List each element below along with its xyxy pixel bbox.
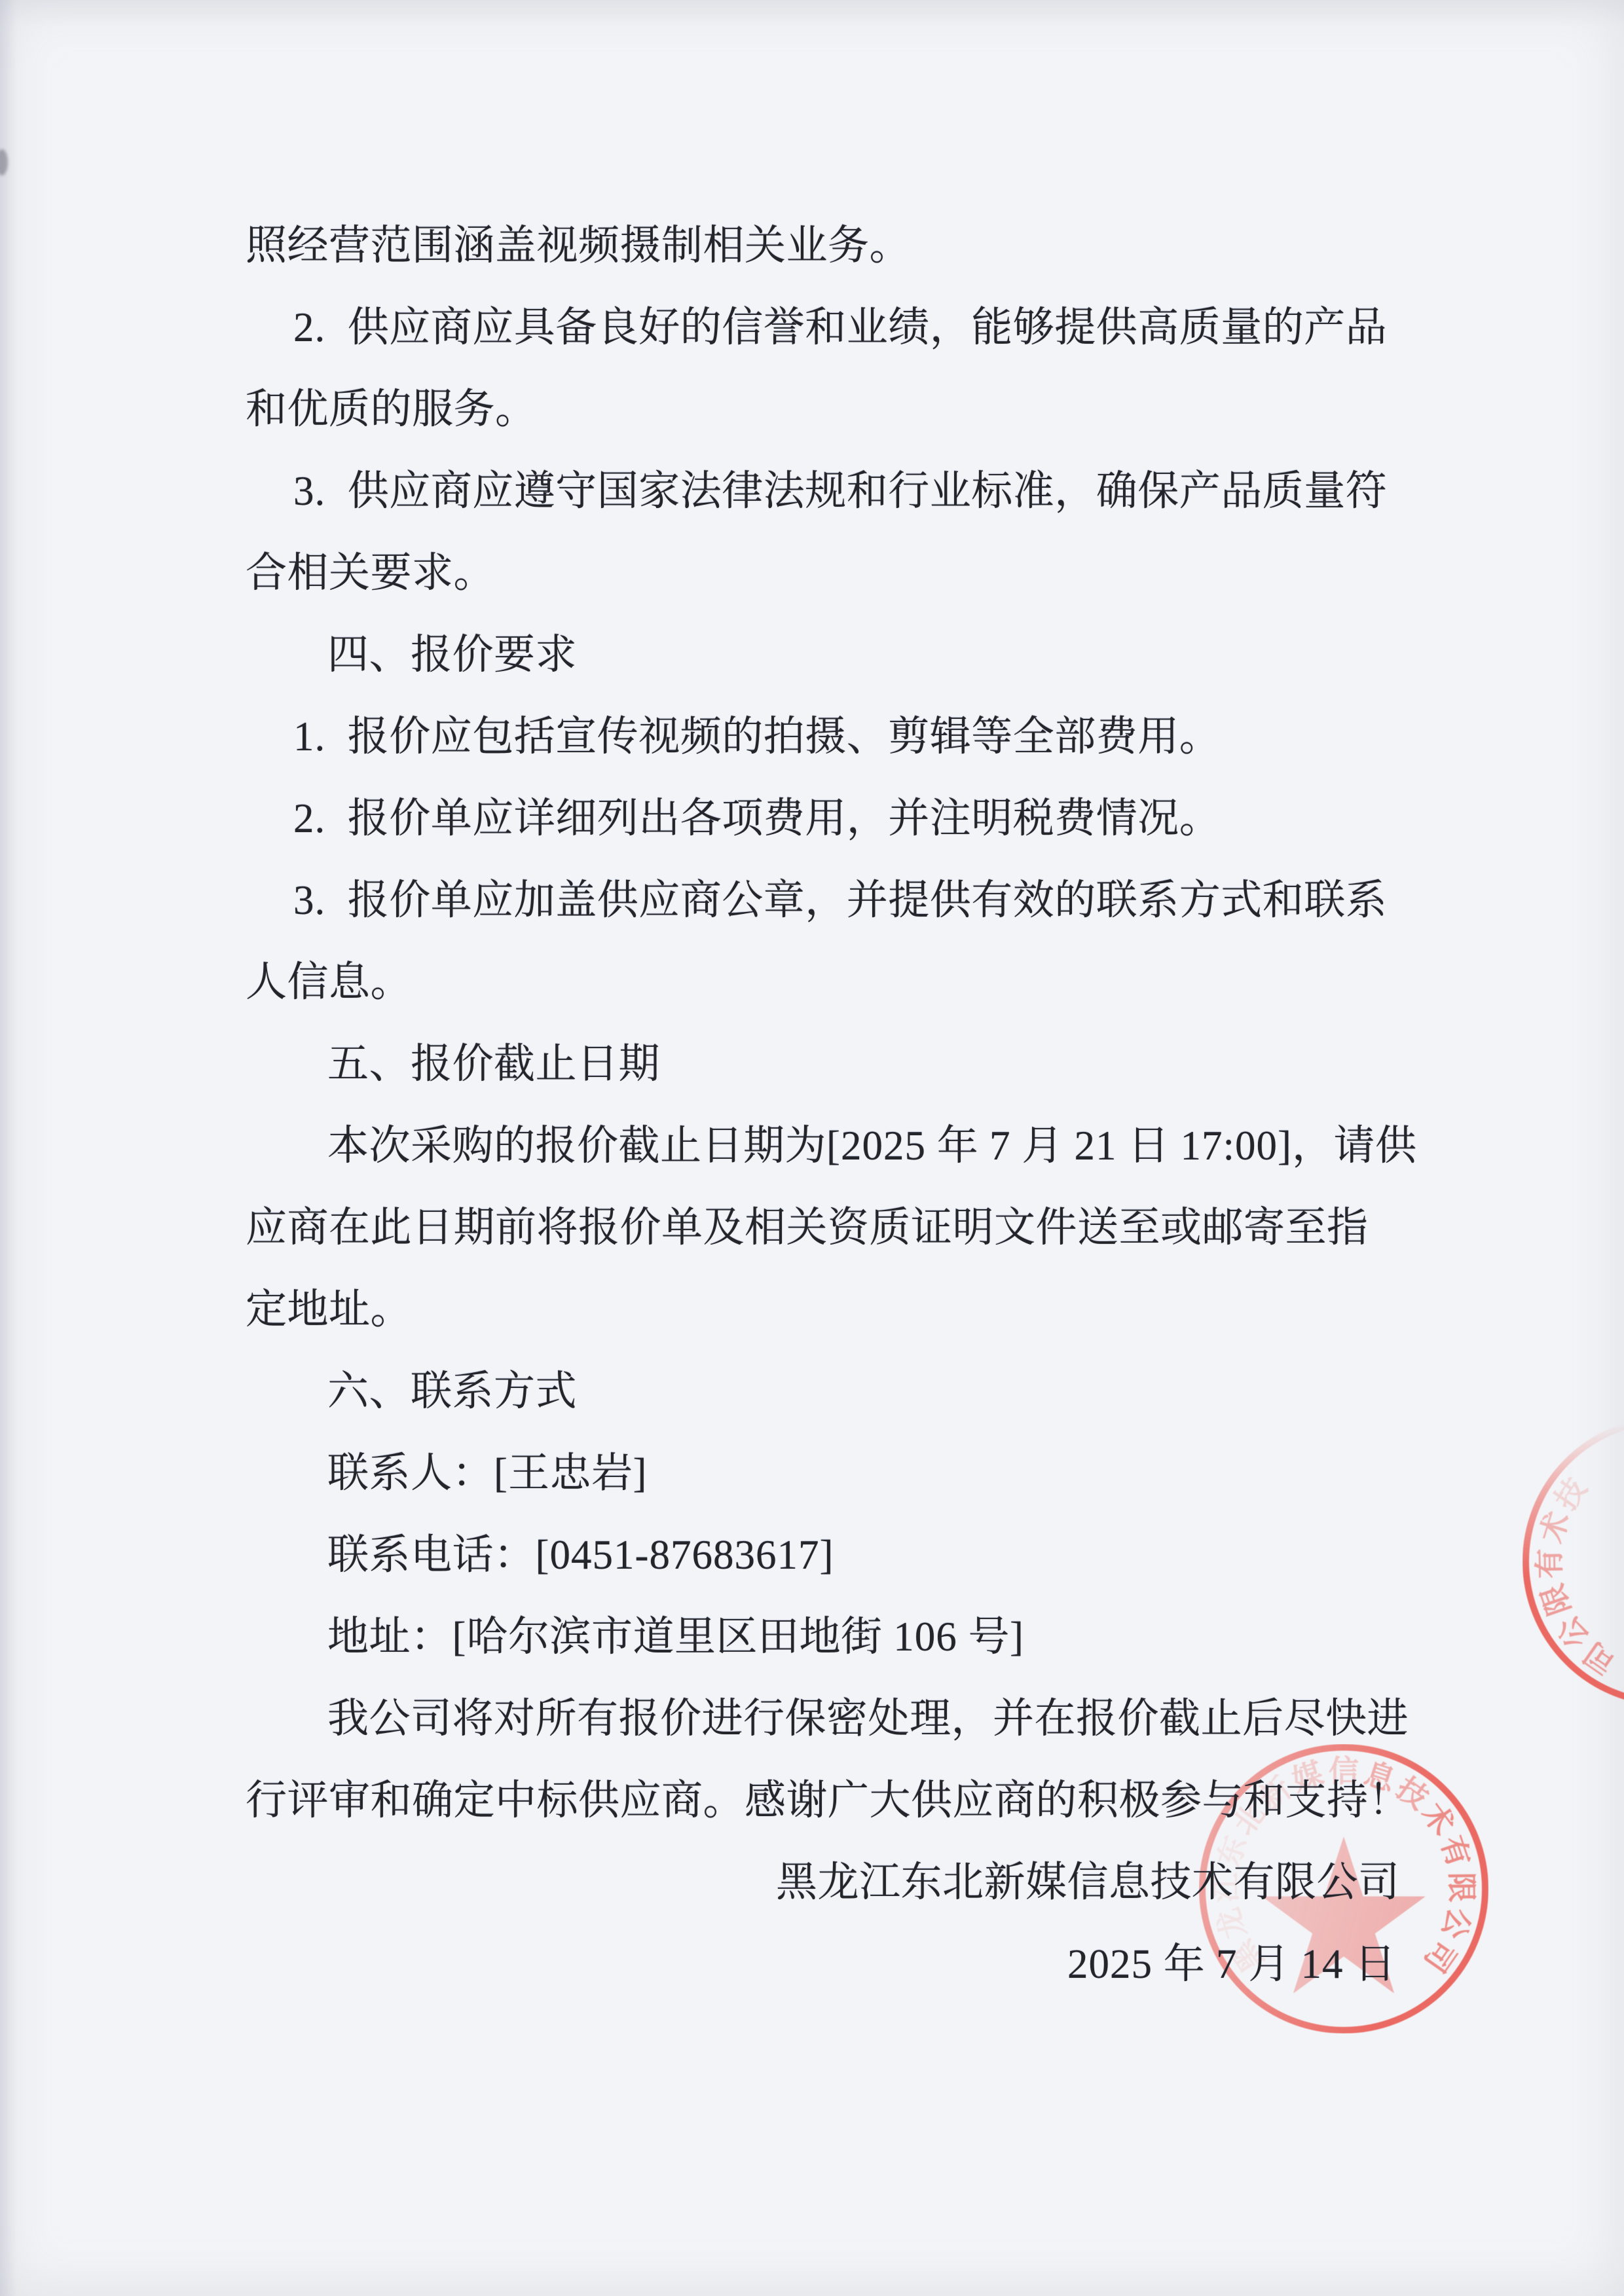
latin-text-segment: ] — [633, 1450, 647, 1496]
seal-ring-text-partial: 技术有限公司 — [1522, 1417, 1624, 1706]
document-line: 四、报价要求 — [327, 622, 577, 687]
company-seal-stamp-partial: 技术有限公司 — [1522, 1417, 1624, 1706]
document-line: 联系人：[王忠岩] — [327, 1440, 647, 1506]
latin-text-segment: 1. — [293, 714, 348, 759]
document-line: 联系电话：[0451-87683617] — [327, 1522, 834, 1588]
latin-text-segment: 7 — [1205, 1941, 1248, 1987]
latin-text-segment: 17:00] — [1170, 1123, 1292, 1169]
latin-text-segment: ] — [1010, 1614, 1024, 1660]
document-line: 定地址。 — [246, 1277, 412, 1342]
document-line: 照经营范围涵盖视频摄制相关业务。 — [246, 213, 911, 278]
document-line: 应商在此日期前将报价单及相关资质证明文件送至或邮寄至指 — [246, 1195, 1369, 1260]
document-line: 合相关要求。 — [246, 540, 495, 606]
latin-text-segment: 106 — [882, 1614, 968, 1660]
document-line: 本次采购的报价截止日期为[2025 年 7 月 21 日 17:00]，请供 — [327, 1113, 1416, 1178]
latin-text-segment: 2. — [293, 304, 348, 350]
latin-text-segment: [ — [494, 1450, 508, 1496]
latin-text-segment: [ — [452, 1614, 467, 1660]
latin-text-segment: 2025 — [1067, 1941, 1164, 1987]
document-line: 3. 报价单应加盖供应商公章，并提供有效的联系方式和联系 — [293, 867, 1387, 933]
latin-text-segment: 14 — [1290, 1941, 1355, 1987]
latin-text-segment: 2. — [293, 795, 348, 841]
seal-ring-char: 有 — [1532, 1546, 1568, 1582]
document-page: 照经营范围涵盖视频摄制相关业务。2. 供应商应具备良好的信誉和业绩，能够提供高质… — [0, 0, 1624, 2296]
latin-text-segment: 7 — [978, 1123, 1022, 1169]
document-line: 黑龙江东北新媒信息技术有限公司 — [776, 1850, 1400, 1915]
latin-text-segment: 3. — [293, 468, 348, 514]
document-line: 2. 报价单应详细列出各项费用，并注明税费情况。 — [293, 786, 1221, 851]
latin-text-segment: 21 — [1063, 1123, 1128, 1169]
scan-artifact — [0, 149, 8, 175]
document-line: 行评审和确定中标供应商。感谢广大供应商的积极参与和支持！ — [246, 1768, 1410, 1833]
document-line: 五、报价截止日期 — [327, 1031, 660, 1097]
seal-ring-char: 限 — [1444, 1869, 1480, 1905]
document-line: 1. 报价应包括宣传视频的拍摄、剪辑等全部费用。 — [293, 704, 1221, 769]
latin-text-segment: [2025 — [826, 1123, 937, 1169]
document-line: 2. 供应商应具备良好的信誉和业绩，能够提供高质量的产品 — [293, 295, 1387, 360]
document-line: 人信息。 — [246, 949, 412, 1015]
document-line: 和优质的服务。 — [246, 376, 537, 442]
document-line: 六、联系方式 — [327, 1358, 577, 1424]
document-line: 2025 年 7 月 14 日 — [1067, 1931, 1396, 1997]
document-line: 我公司将对所有报价进行保密处理，并在报价截止后尽快进 — [327, 1686, 1409, 1751]
document-line: 3. 供应商应遵守国家法律法规和行业标准，确保产品质量符 — [293, 458, 1387, 524]
latin-text-segment: 3. — [293, 877, 348, 923]
latin-text-segment: [0451-87683617] — [536, 1532, 834, 1578]
document-line: 地址：[哈尔滨市道里区田地街 106 号] — [327, 1604, 1024, 1669]
